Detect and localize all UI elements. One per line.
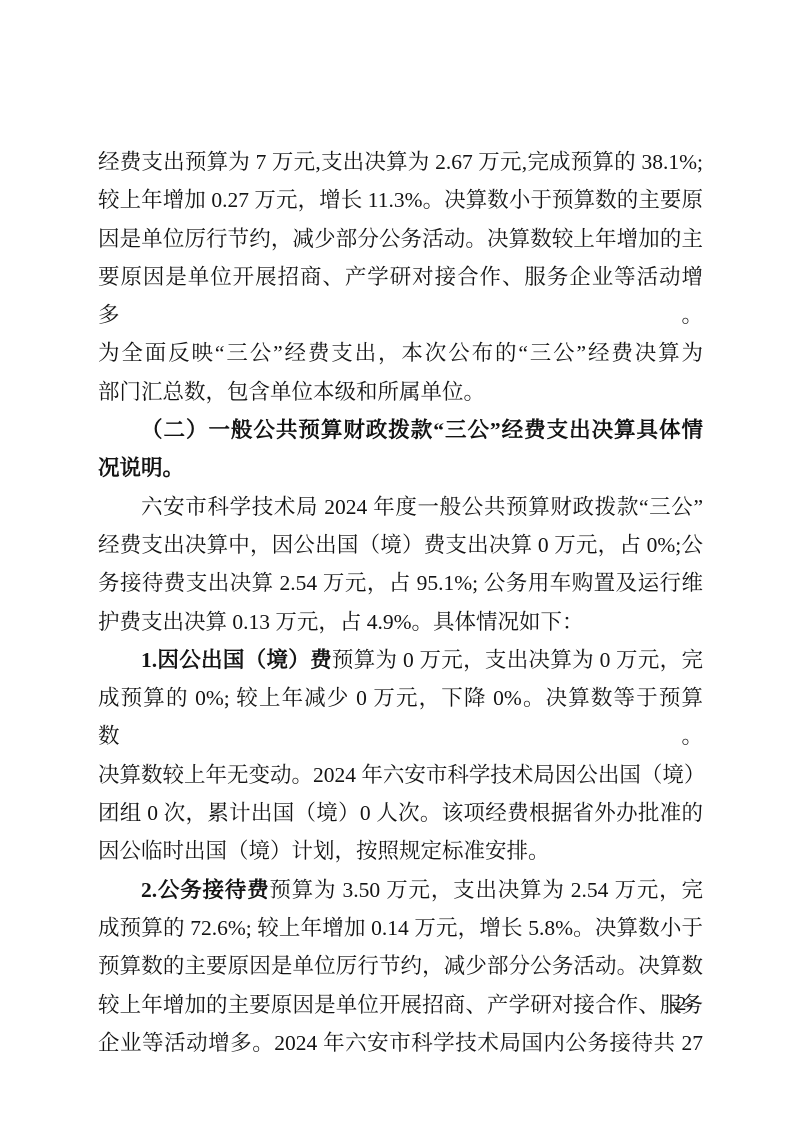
text-line: 预算数的主要原因是单位厉行节约，减少部分公务活动。决算数 [98,947,703,985]
text-line: 2.公务接待费预算为 3.50 万元，支出决算为 2.54 万元，完 [98,871,703,909]
text-run: 团组 0 次，累计出国（境）0 人次。该项经费根据省外办批准的 [98,801,703,825]
page-number: -2- [670,993,693,1015]
text-line: 护费支出决算 0.13 万元，占 4.9%。具体情况如下： [98,603,703,641]
text-line: 企业等活动增多。2024 年六安市科学技术局国内公务接待共 27 [98,1024,703,1062]
bold-text-run: 2.公务接待费 [141,878,269,902]
text-run: 要原因是单位开展招商、产学研对接合作、服务企业等活动增多。 [98,265,703,327]
text-run: 为全面反映“三公”经费支出，本次公布的“三公”经费决算为 [98,341,703,365]
text-line: 因是单位厉行节约，减少部分公务活动。决算数较上年增加的主 [98,220,703,258]
text-run: 因是单位厉行节约，减少部分公务活动。决算数较上年增加的主 [98,227,703,251]
text-run: 成预算的 72.6%; 较上年增加 0.14 万元，增长 5.8%。决算数小于 [98,916,703,940]
text-line: 况说明。 [98,449,703,487]
text-run: 六安市科学技术局 2024 年度一般公共预算财政拨款“三公” [141,495,703,519]
text-run: 企业等活动增多。2024 年六安市科学技术局国内公务接待共 27 [98,1031,703,1055]
text-line: 部门汇总数，包含单位本级和所属单位。 [98,373,703,411]
text-line: 务接待费支出决算 2.54 万元，占 95.1%; 公务用车购置及运行维 [98,564,703,602]
text-run: 经费支出决算中，因公出国（境）费支出决算 0 万元，占 0%;公 [98,533,703,557]
text-line: （二）一般公共预算财政拨款“三公”经费支出决算具体情 [98,411,703,449]
bold-text-run: （二）一般公共预算财政拨款“三公”经费支出决算具体情 [141,418,703,442]
document-body-text: 经费支出预算为 7 万元,支出决算为 2.67 万元,完成预算的 38.1%;较… [98,143,703,1062]
text-run: 预算为 0 万元，支出决算为 0 万元，完 [332,648,703,672]
text-line: 经费支出决算中，因公出国（境）费支出决算 0 万元，占 0%;公 [98,526,703,564]
text-line: 六安市科学技术局 2024 年度一般公共预算财政拨款“三公” [98,488,703,526]
text-line: 1.因公出国（境）费预算为 0 万元，支出决算为 0 万元，完 [98,641,703,679]
text-line: 要原因是单位开展招商、产学研对接合作、服务企业等活动增多。 [98,258,703,335]
text-line: 较上年增加的主要原因是单位开展招商、产学研对接合作、服务 [98,986,703,1024]
bold-text-run: 1.因公出国（境）费 [141,648,332,672]
text-line: 决算数较上年无变动。2024 年六安市科学技术局因公出国（境） [98,756,703,794]
text-run: 决算数较上年无变动。2024 年六安市科学技术局因公出国（境） [98,763,705,787]
text-run: 较上年增加 0.27 万元，增长 11.3%。决算数小于预算数的主要原 [98,188,703,212]
text-run: 成预算的 0%; 较上年减少 0 万元，下降 0%。决算数等于预算数。 [98,686,703,748]
text-run: 预算数的主要原因是单位厉行节约，减少部分公务活动。决算数 [98,954,703,978]
text-line: 团组 0 次，累计出国（境）0 人次。该项经费根据省外办批准的 [98,794,703,832]
text-run: 因公临时出国（境）计划，按照规定标准安排。 [98,839,550,863]
text-line: 成预算的 72.6%; 较上年增加 0.14 万元，增长 5.8%。决算数小于 [98,909,703,947]
text-line: 较上年增加 0.27 万元，增长 11.3%。决算数小于预算数的主要原 [98,181,703,219]
text-run: 务接待费支出决算 2.54 万元，占 95.1%; 公务用车购置及运行维 [98,571,703,595]
text-line: 经费支出预算为 7 万元,支出决算为 2.67 万元,完成预算的 38.1%; [98,143,703,181]
text-run: 较上年增加的主要原因是单位开展招商、产学研对接合作、服务 [98,993,703,1017]
text-run: 经费支出预算为 7 万元,支出决算为 2.67 万元,完成预算的 38.1%; [98,150,703,174]
bold-text-run: 况说明。 [98,456,184,480]
document-page: 经费支出预算为 7 万元,支出决算为 2.67 万元,完成预算的 38.1%;较… [0,0,793,1122]
text-run: 预算为 3.50 万元，支出决算为 2.54 万元，完 [269,878,703,902]
text-line: 因公临时出国（境）计划，按照规定标准安排。 [98,832,703,870]
text-run: 部门汇总数，包含单位本级和所属单位。 [98,380,485,404]
text-run: 护费支出决算 0.13 万元，占 4.9%。具体情况如下： [98,610,584,634]
text-line: 成预算的 0%; 较上年减少 0 万元，下降 0%。决算数等于预算数。 [98,679,703,756]
text-line: 为全面反映“三公”经费支出，本次公布的“三公”经费决算为 [98,334,703,372]
